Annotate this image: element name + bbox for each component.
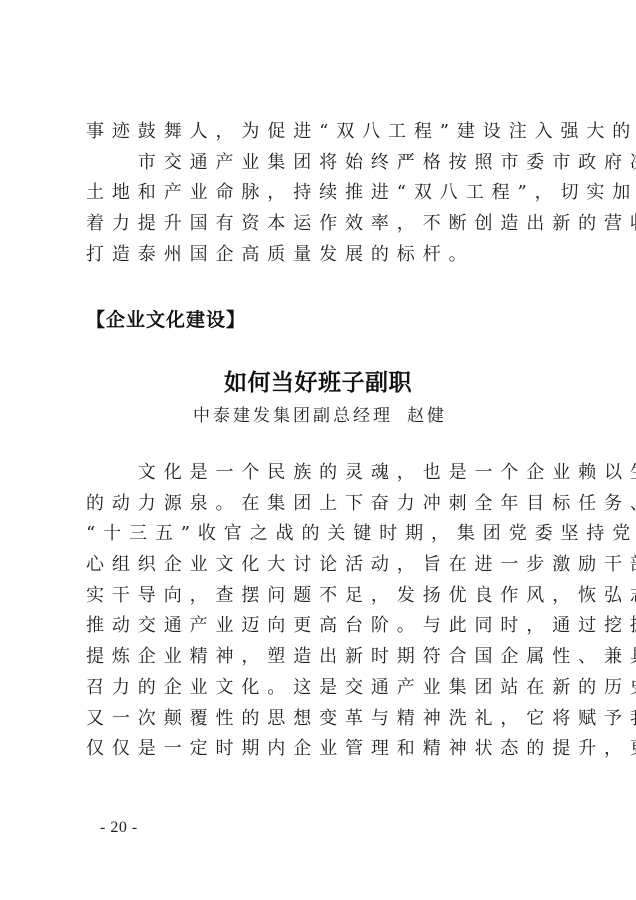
paragraph: 事迹鼓舞人，为促进“双八工程”建设注入强大的精神力量。 市交通产业集团将始终严格… [86,117,558,270]
page-number: - 20 - [100,819,138,837]
section-label: 【企业文化建设】 [86,305,246,332]
text-line: “十三五”收官之战的关键时期，集团党委坚持党建引领，精 [86,519,558,550]
byline-role: 中泰建发集团副总经理 [193,406,393,426]
paragraph: 文化是一个民族的灵魂，也是一个企业赖以生存和发展 的动力源泉。在集团上下奋力冲刺… [86,458,558,765]
text-line: 着力提升国有资本运作效率，不断创造出新的营收增长点，全力 [86,209,558,240]
text-line: 打造泰州国企高质量发展的标杆。 [86,240,558,271]
text-line: 土地和产业命脉，持续推进“双八工程”，切实加快实体化转型， [86,178,558,209]
paragraph-block-article: 文化是一个民族的灵魂，也是一个企业赖以生存和发展 的动力源泉。在集团上下奋力冲刺… [86,458,558,765]
text-line: 心组织企业文化大讨论活动，旨在进一步激励干部职工树立 [86,550,558,581]
text-line: 提炼企业精神，塑造出新时期符合国企属性、兼具特色和感 [86,642,558,673]
text-line: 的动力源泉。在集团上下奋力冲刺全年目标任务、全面打好 [86,489,558,520]
paragraph-block-intro: 事迹鼓舞人，为促进“双八工程”建设注入强大的精神力量。 市交通产业集团将始终严格… [86,117,558,270]
text-line: 召力的企业文化。这是交通产业集团站在新的历史起点上， [86,673,558,704]
text-line: 实干导向，查摆问题不足，发扬优良作风，恢弘志士之气， [86,581,558,612]
text-line: 推动交通产业迈向更高台阶。与此同时，通过挖掘典型经验， [86,611,558,642]
article-title: 如何当好班子副职 [0,364,636,397]
byline-name: 赵健 [407,406,447,426]
text-line: 市交通产业集团将始终严格按照市委市政府决策部署，紧扣 [86,148,558,179]
document-page: 事迹鼓舞人，为促进“双八工程”建设注入强大的精神力量。 市交通产业集团将始终严格… [0,0,636,900]
article-byline: 中泰建发集团副总经理赵健 [0,401,636,426]
text-line: 文化是一个民族的灵魂，也是一个企业赖以生存和发展 [86,458,558,489]
text-line: 事迹鼓舞人，为促进“双八工程”建设注入强大的精神力量。 [86,117,558,148]
text-line: 又一次颠覆性的思想变革与精神洗礼，它将赋予我们的，不 [86,704,558,735]
text-line: 仅仅是一定时期内企业管理和精神状态的提升，更是从内到 [86,734,558,765]
